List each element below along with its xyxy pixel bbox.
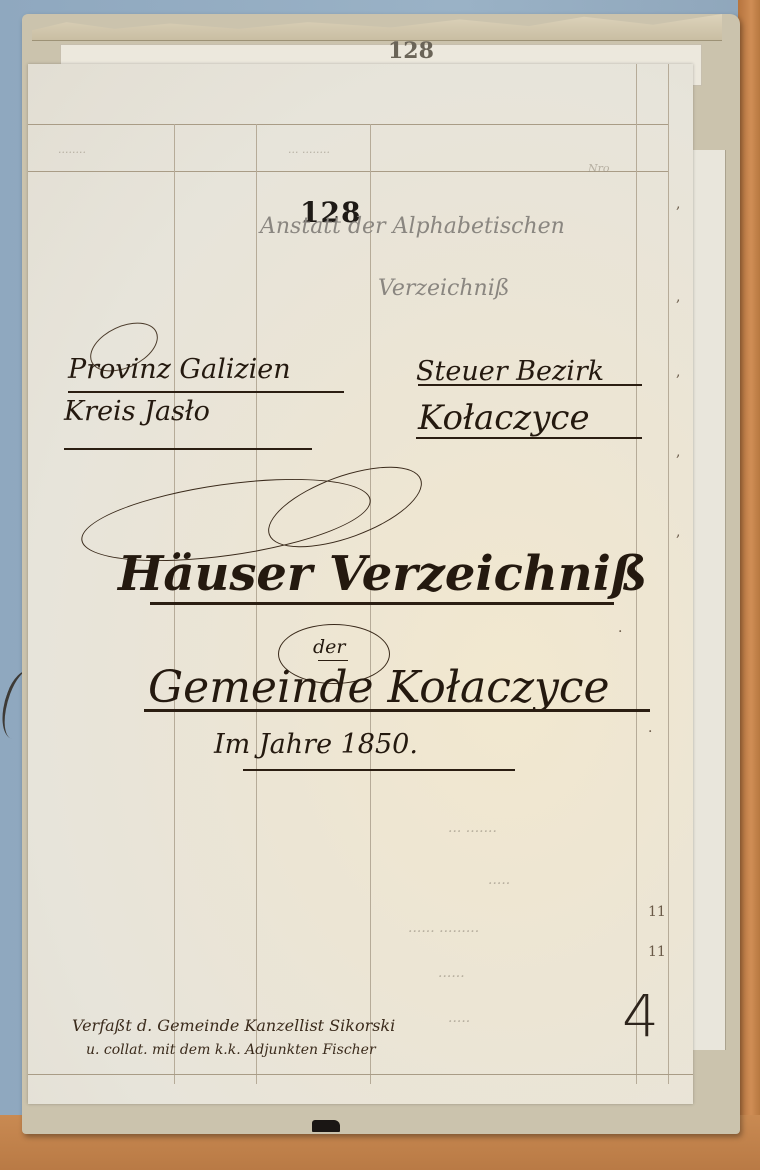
year-line: Im Jahre 1850.	[214, 729, 418, 760]
title-underline	[150, 602, 614, 605]
footer-note-line2: u. collat. mit dem k.k. Adjunkten Fische…	[86, 1042, 376, 1058]
district-underline	[64, 448, 312, 450]
column-rule	[668, 64, 669, 1084]
wooden-table-edge	[738, 0, 760, 1170]
bleed-through-text: ··· ········	[288, 146, 330, 159]
margin-tick: ·	[648, 724, 652, 740]
margin-tick: ,	[676, 364, 680, 380]
province-label: Provinz Galizien	[68, 354, 291, 385]
bleed-through-text: ······ ·········	[408, 924, 479, 940]
margin-tick: 11	[648, 944, 666, 960]
bleed-through-text: ·····	[448, 1014, 470, 1030]
tax-district-underline	[418, 384, 642, 386]
pencil-note-line2: Verzeichniß	[378, 276, 509, 301]
pencil-note-line1: Anstatt der Alphabetischen	[260, 214, 565, 239]
connector-underline	[318, 660, 348, 661]
ruling-line	[28, 1074, 693, 1075]
ruling-line	[28, 171, 668, 172]
back-sheet-number: 128	[388, 38, 434, 64]
ink-blot	[312, 1120, 340, 1132]
folio-number: 4	[622, 982, 659, 1050]
year-underline	[243, 769, 515, 771]
tax-district-label: Steuer Bezirk	[416, 356, 604, 387]
register-cover-page: ········ ··· ········ Nro , , , , , · · …	[28, 64, 693, 1104]
tax-district-name: Kołaczyce	[418, 398, 590, 438]
bleed-through-text: Nro	[588, 162, 610, 175]
province-underline	[68, 391, 344, 393]
commune-underline	[144, 709, 650, 712]
margin-tick: ·	[618, 624, 622, 640]
commune-title: Gemeinde Kołaczyce	[148, 662, 610, 713]
margin-tick: ,	[676, 524, 680, 540]
margin-tick: ,	[676, 289, 680, 305]
bleed-through-text: ·····	[488, 876, 510, 892]
bleed-through-text: ··· ·······	[448, 824, 497, 840]
tax-district-name-underline	[416, 437, 642, 439]
footer-note-line1: Verfaßt d. Gemeinde Kanzellist Sikorski	[72, 1016, 395, 1035]
stacked-sheets-edge	[690, 150, 726, 1050]
title-connector: der	[313, 636, 346, 658]
document-title: Häuser Verzeichniß	[118, 546, 647, 602]
margin-tick: 11	[648, 904, 666, 920]
bleed-through-text: ········	[58, 146, 86, 159]
ruling-line	[28, 124, 668, 125]
margin-tick: ,	[676, 444, 680, 460]
district-label: Kreis Jasło	[64, 396, 210, 427]
margin-tick: ,	[676, 196, 680, 212]
bleed-through-text: ······	[438, 969, 465, 985]
